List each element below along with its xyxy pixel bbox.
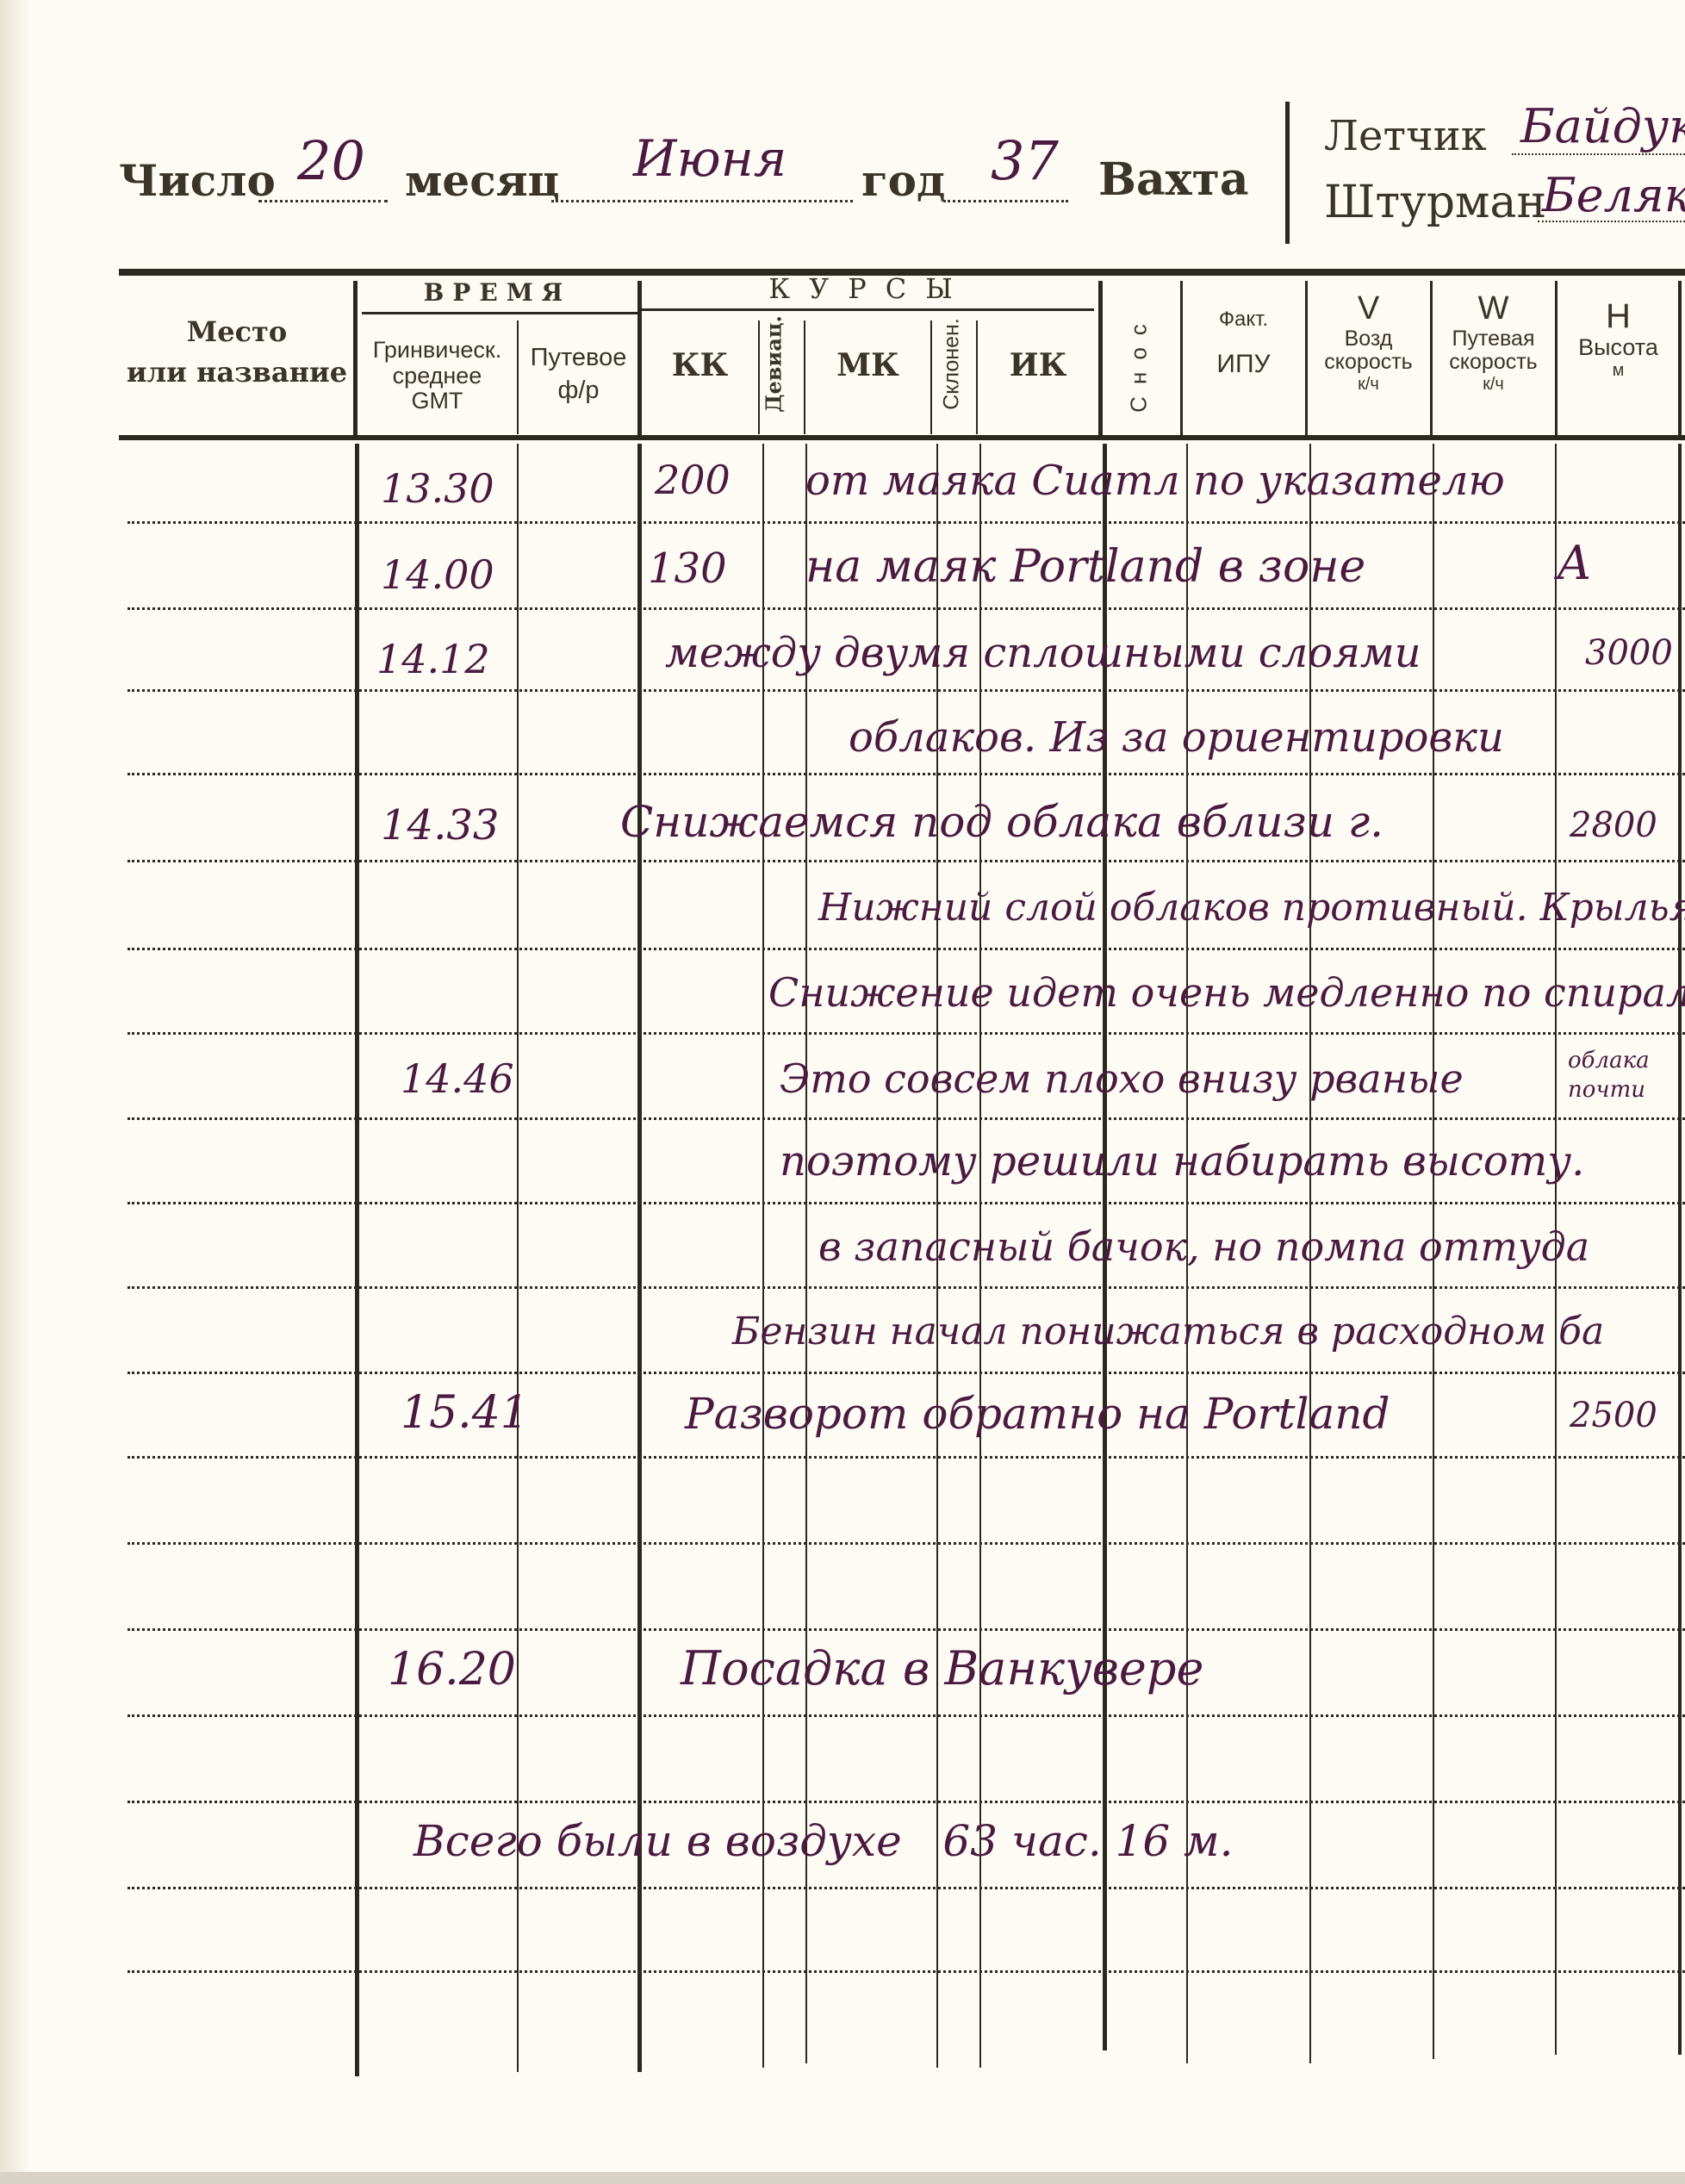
entry-alt: 3000: [1585, 633, 1673, 673]
entry-text: Снижение идет очень медленно по спирали: [768, 969, 1685, 1016]
entry-text: между двумя сплошными слоями: [665, 629, 1421, 677]
entry-time: 16.20: [388, 1644, 516, 1696]
navigator-label: Штурман: [1324, 177, 1546, 228]
time-group-underline: [362, 312, 637, 314]
col-header-track-time: Путевое ф/р: [519, 345, 637, 405]
entry-time: 14.00: [381, 551, 494, 598]
entry-text: в запасный бачок, но помпа оттуда: [818, 1223, 1589, 1270]
row-line: [127, 948, 1685, 950]
header-divider-place: [353, 281, 358, 436]
header-divider-h: [1678, 281, 1682, 436]
body-divider-h: [1678, 444, 1682, 2055]
header-divider-drift: [1180, 281, 1183, 436]
entry-alt: A: [1558, 536, 1591, 590]
entry-time: 14.33: [381, 801, 499, 849]
header-divider-kk: [758, 320, 760, 434]
entry-text: Снижаемся под облака вблизи г.: [620, 797, 1383, 847]
entry-kk: 130: [648, 544, 727, 593]
col-header-mk: МК: [805, 349, 930, 383]
entry-alt: облака почти: [1568, 1047, 1680, 1105]
date-value: 20: [297, 129, 365, 192]
entry-time: 15.41: [401, 1387, 529, 1439]
month-dotted-line: [551, 200, 853, 202]
header-divider-courses: [1098, 281, 1103, 436]
row-line: [127, 1117, 1685, 1120]
col-header-declination: Склонен.: [940, 308, 965, 420]
row-line: [127, 689, 1685, 692]
page-bottom-edge: [0, 2172, 1685, 2184]
header-divider-dev: [804, 320, 805, 434]
page-left-edge: [0, 0, 31, 2184]
month-label: месяц: [405, 155, 560, 206]
col-header-ipu: Факт. ИПУ: [1182, 308, 1305, 378]
row-line: [127, 1714, 1685, 1717]
row-line: [127, 1542, 1685, 1545]
entry-text: на маяк Portland в зоне: [805, 541, 1365, 593]
header-divider-w: [1555, 281, 1558, 436]
entry-alt: 2500: [1570, 1396, 1657, 1435]
entry-text: Разворот обратно на Portland: [685, 1389, 1390, 1439]
pilot-label: Летчик: [1324, 112, 1487, 160]
header-divider-mk: [930, 320, 932, 434]
col-header-w: W Путевая скорость к/ч: [1432, 291, 1555, 394]
row-line: [127, 1032, 1685, 1035]
col-header-drift: Снос: [1126, 311, 1153, 414]
header-divider-decl: [976, 320, 978, 434]
row-line: [127, 1801, 1685, 1803]
col-group-courses: КУРСЫ: [642, 274, 1098, 304]
row-line: [127, 1887, 1685, 1889]
col-header-gmt: Гринвическ. среднее GMT: [358, 338, 517, 414]
year-value: 37: [991, 129, 1059, 192]
entry-text: Посадка в Ванкувере: [681, 1641, 1203, 1696]
entry-text: от маяка Сиатл по указателю: [805, 457, 1505, 505]
entry-text: Бензин начал понижаться в расходном ба: [732, 1310, 1604, 1353]
row-line: [127, 1628, 1685, 1631]
entry-time: 13.30: [381, 465, 494, 512]
header-divider-time: [637, 281, 642, 436]
col-group-time: ВРЕМЯ: [358, 280, 637, 307]
row-line: [127, 607, 1685, 610]
navigator-value: Беляк: [1542, 168, 1685, 222]
entry-text: Всего были в воздухе 63 час. 16 м.: [413, 1816, 1234, 1866]
header-divider-gmt: [517, 320, 519, 434]
header-divider-ipu: [1305, 281, 1308, 436]
courses-group-underline: [642, 308, 1094, 311]
row-line: [127, 1456, 1685, 1459]
col-header-v: V Возд скорость к/ч: [1307, 291, 1430, 394]
row-line: [127, 1970, 1685, 1973]
row-line: [127, 860, 1685, 862]
entry-alt: 2800: [1570, 806, 1657, 845]
col-header-kk: КК: [642, 349, 758, 383]
entry-kk: 200: [655, 457, 731, 503]
col-header-h: H Высота м: [1557, 297, 1680, 380]
col-header-place: Место или название: [121, 317, 353, 388]
header-divider-v: [1430, 281, 1433, 436]
date-label: Число: [119, 155, 276, 206]
watch-label: Вахта: [1098, 153, 1249, 206]
entry-text: поэтому решили набирать высоту.: [780, 1137, 1584, 1185]
entry-text: облаков. Из за ориентировки: [849, 713, 1504, 762]
pilot-value: Байдук: [1520, 99, 1685, 153]
row-line: [127, 1372, 1685, 1374]
year-dotted-line: [943, 200, 1068, 202]
year-label: год: [861, 155, 945, 206]
date-dotted-line: [258, 200, 388, 202]
entry-time: 14.46: [401, 1055, 514, 1102]
row-line: [127, 521, 1685, 524]
col-header-deviation: Девиац.: [762, 313, 787, 416]
col-header-ik: ИК: [978, 349, 1098, 383]
row-line: [127, 1286, 1685, 1289]
entry-time: 14.12: [376, 636, 490, 682]
row-line: [127, 1202, 1685, 1204]
entry-text: Нижний слой облаков противный. Крылья: [818, 886, 1685, 930]
entry-text: Это совсем плохо внизу рваные: [780, 1055, 1464, 1102]
row-line: [127, 773, 1685, 775]
month-value: Июня: [633, 129, 787, 188]
pilot-dotted-line: [1512, 153, 1685, 155]
header-divider: [1285, 102, 1290, 244]
